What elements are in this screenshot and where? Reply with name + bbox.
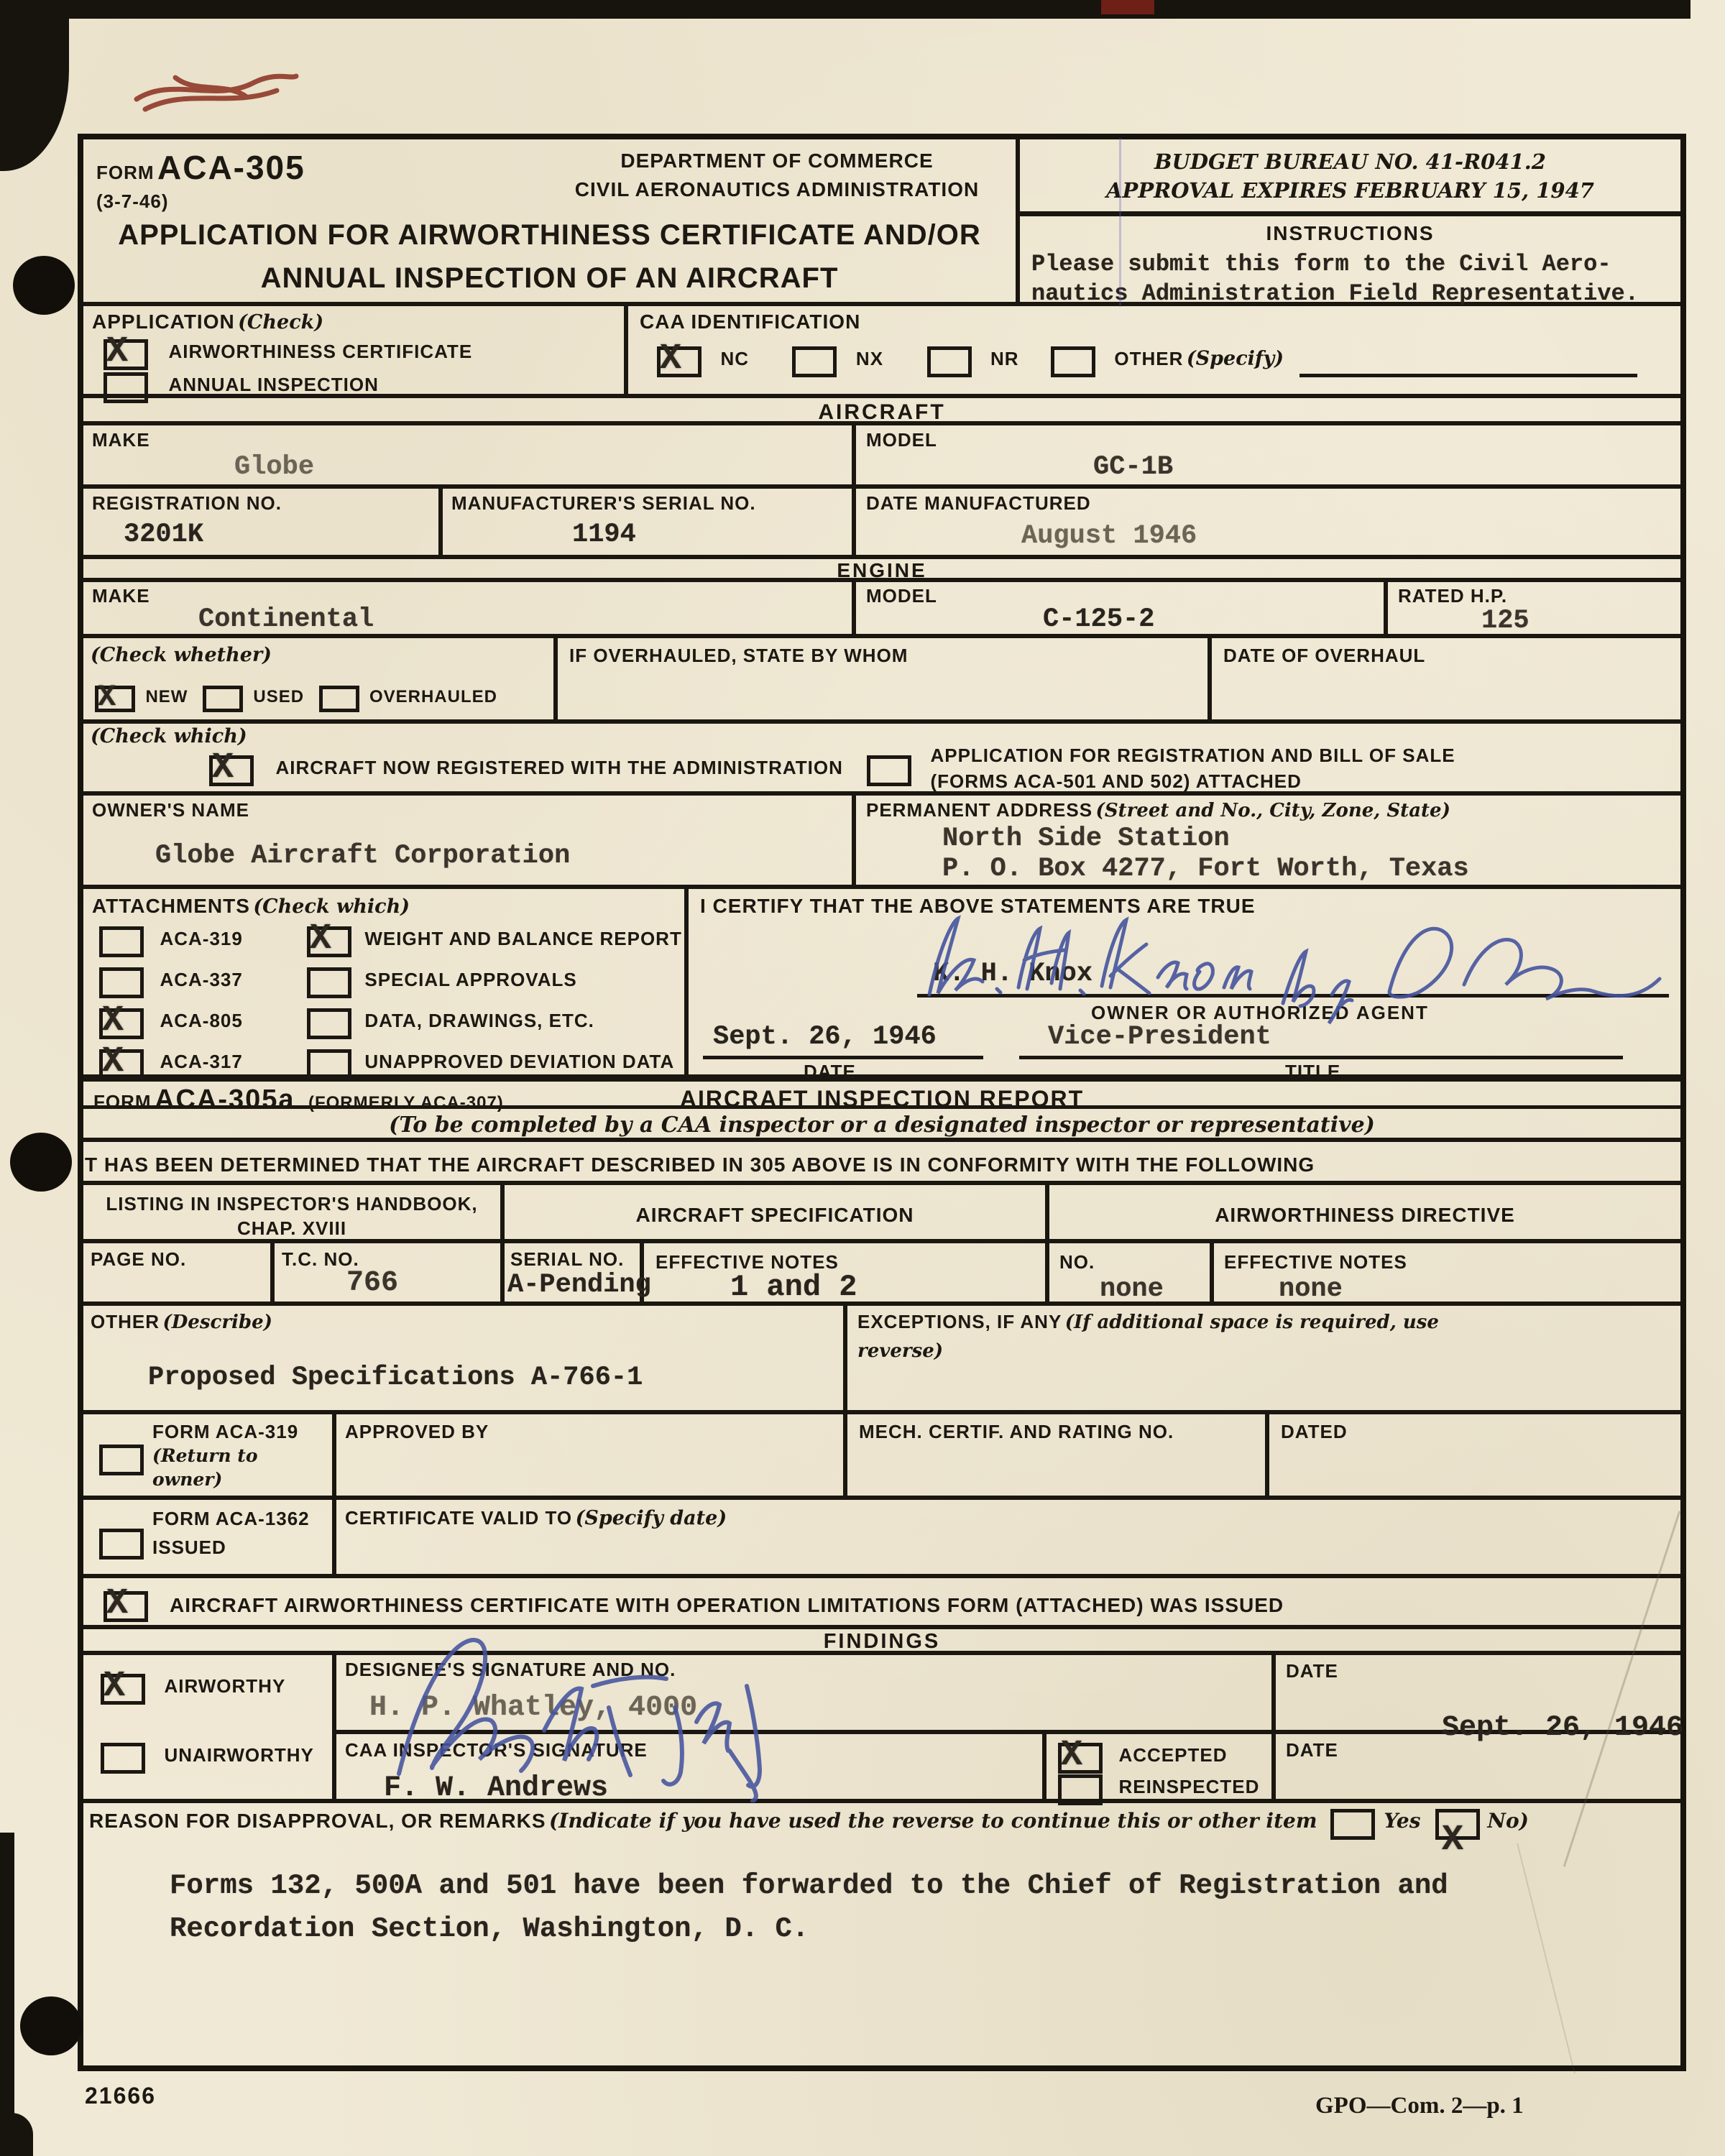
application-label-note: (Check) (238, 311, 323, 333)
approved-by-label: APPROVED BY (345, 1422, 489, 1443)
spec-notes-cell: EFFECTIVE NOTES 1 and 2 (640, 1243, 1045, 1302)
other-specify-line[interactable] (1299, 374, 1637, 377)
other-note: (Specify) (1187, 348, 1284, 370)
remarks-cell: REASON FOR DISAPPROVAL, OR REMARKS (Indi… (83, 1803, 1680, 2020)
reverse-yes-checkbox[interactable] (1330, 1809, 1375, 1840)
certificate-issued-row: X AIRCRAFT AIRWORTHINESS CERTIFICATE WIT… (83, 1578, 1680, 1629)
other-checkbox[interactable] (1051, 346, 1095, 377)
aircraft-make-model-row: MAKE Globe MODEL GC-1B (83, 425, 1680, 489)
conformity-header-row: LISTING IN INSPECTOR'S HANDBOOK, CHAP. X… (83, 1185, 1680, 1243)
reverse-yes-label: Yes (1384, 1809, 1420, 1833)
data-drawings-checkbox[interactable] (307, 1008, 351, 1039)
registration-status-row: (Check which) X AIRCRAFT NOW REGISTERED … (83, 724, 1680, 796)
engine-condition-cell: (Check whether) X NEW USED OVERHAULED (83, 638, 553, 719)
certify-date-line[interactable] (703, 1056, 983, 1059)
budget-line1: BUDGET BUREAU NO. 41-R041.2 (1024, 149, 1676, 174)
scan-line-artifact (1119, 138, 1121, 307)
aircraft-model-value: GC-1B (1093, 451, 1173, 483)
aca-1362-issued-cell: FORM ACA-1362 ISSUED (83, 1500, 332, 1574)
application-attached-line2: (FORMS ACA-501 AND 502) ATTACHED (930, 771, 1455, 793)
scanned-form-page: FORM ACA-305 (3-7-46) DEPARTMENT OF COMM… (0, 0, 1725, 2156)
remarks-body-line2: Recordation Section, Washington, D. C. (170, 1912, 809, 1946)
approved-by-cell: APPROVED BY (332, 1414, 843, 1496)
new-checkbox[interactable]: X (95, 686, 135, 712)
designee-date-label: DATE (1286, 1661, 1338, 1682)
remarks-row: REASON FOR DISAPPROVAL, OR REMARKS (Indi… (83, 1803, 1680, 2020)
form-revision: (3-7-46) (96, 191, 305, 213)
nc-checkbox[interactable]: X (657, 346, 701, 377)
overhauled-by-cell: IF OVERHAULED, STATE BY WHOM (553, 638, 1207, 719)
engine-make-model-row: MAKE Continental MODEL C-125-2 RATED H.P… (83, 582, 1680, 638)
findings-table: X AIRWORTHY UNAIRWORTHY DESIGNEE'S SIGNA… (83, 1655, 1680, 1803)
used-label: USED (253, 687, 304, 706)
attachments-cell: ATTACHMENTS (Check which) ACA-319 X WEIG… (83, 889, 684, 1074)
engine-make-value: Continental (198, 604, 374, 635)
form-number: ACA-305 (157, 149, 305, 186)
directive-header-cell: AIRWORTHINESS DIRECTIVE (1045, 1185, 1680, 1239)
directive-notes-value: none (1279, 1273, 1343, 1305)
owner-address-cell: PERMANENT ADDRESS (Street and No., City,… (852, 796, 1680, 885)
address-note: (Street and No., City, Zone, State) (1096, 800, 1450, 821)
caa-identification-section: CAA IDENTIFICATION X NC NX NR OTHER (Spe… (624, 306, 1680, 394)
determination-row: T HAS BEEN DETERMINED THAT THE AIRCRAFT … (83, 1142, 1680, 1185)
other-value: Proposed Specifications A-766-1 (148, 1362, 643, 1393)
engine-condition-row: (Check whether) X NEW USED OVERHAULED IF… (83, 638, 1680, 724)
inspector-date-label: DATE (1286, 1740, 1338, 1761)
date-manufactured-label: DATE MANUFACTURED (866, 493, 1091, 515)
inspection-form-id-line: FORM ACA-305a (FORMERLY ACA-307) AIRCRAF… (83, 1082, 1680, 1109)
mech-certif-cell: MECH. CERTIF. AND RATING NO. (843, 1414, 1265, 1496)
directive-no-label: NO. (1059, 1252, 1095, 1273)
inspection-form-header-row: FORM ACA-305a (FORMERLY ACA-307) AIRCRAF… (83, 1079, 1680, 1142)
engine-model-cell: MODEL C-125-2 (852, 582, 1384, 634)
certificate-valid-note: (Specify date) (576, 1507, 727, 1529)
print-code: 21666 (85, 2083, 156, 2109)
special-approvals-label: SPECIAL APPROVALS (364, 969, 576, 990)
address-line1: North Side Station (942, 823, 1230, 854)
aca-1362-row: FORM ACA-1362 ISSUED CERTIFICATE VALID T… (83, 1500, 1680, 1578)
accepted-label: ACCEPTED (1118, 1744, 1227, 1766)
nr-label: NR (990, 348, 1019, 369)
aca-319-checkbox[interactable] (99, 926, 144, 957)
form-aca-319-checkbox[interactable] (99, 1445, 144, 1475)
designee-date-value: Sept. 26, 1946 (1442, 1711, 1683, 1746)
attachments-label: ATTACHMENTS (92, 895, 250, 917)
aircraft-make-label: MAKE (92, 430, 150, 451)
other-describe-note: (Describe) (162, 1312, 272, 1333)
conformity-values-row: PAGE NO. T.C. NO. 766 SERIAL NO. A-Pendi… (83, 1243, 1680, 1306)
application-caa-row: APPLICATION (Check) X AIRWORTHINESS CERT… (83, 306, 1680, 398)
airworthiness-certificate-label: AIRWORTHINESS CERTIFICATE (168, 341, 472, 362)
handbook-header-cell: LISTING IN INSPECTOR'S HANDBOOK, CHAP. X… (83, 1185, 500, 1239)
spec-serial-label: SERIAL NO. (510, 1249, 624, 1271)
punch-hole (20, 1996, 82, 2055)
unapproved-deviation-checkbox[interactable] (307, 1049, 351, 1080)
engine-band-row: ENGINE (83, 559, 1680, 582)
red-edge-mark (1101, 0, 1154, 14)
airworthy-label: AIRWORTHY (164, 1675, 285, 1697)
check-whether-label: (Check whether) (91, 644, 272, 666)
form-title: APPLICATION FOR AIRWORTHINESS CERTIFICAT… (83, 217, 1016, 296)
exceptions-cell: EXCEPTIONS, IF ANY (If additional space … (843, 1306, 1680, 1410)
application-label: APPLICATION (92, 310, 235, 333)
data-drawings-label: DATA, DRAWINGS, ETC. (364, 1010, 594, 1031)
tc-no-value: 766 (346, 1266, 398, 1301)
owner-name-cell: OWNER'S NAME Globe Aircraft Corporation (83, 796, 852, 885)
directive-notes-cell: EFFECTIVE NOTES none (1210, 1243, 1680, 1302)
punch-hole (13, 256, 75, 315)
engine-model-label: MODEL (866, 586, 937, 607)
registered-label: AIRCRAFT NOW REGISTERED WITH THE ADMINIS… (275, 757, 842, 778)
form-aca-305: FORM ACA-305 (3-7-46) DEPARTMENT OF COMM… (78, 134, 1686, 2071)
aca-317-checkbox[interactable]: X (99, 1049, 144, 1080)
overhauled-checkbox[interactable] (319, 686, 359, 712)
nr-checkbox[interactable] (927, 346, 972, 377)
aca-805-checkbox[interactable]: X (99, 1008, 144, 1039)
department-heading: DEPARTMENT OF COMMERCE CIVIL AERONAUTICS… (529, 149, 1025, 201)
airworthiness-certificate-checkbox[interactable]: X (103, 339, 148, 370)
header-right: BUDGET BUREAU NO. 41-R041.2 APPROVAL EXP… (1016, 139, 1680, 302)
registration-cell: REGISTRATION NO. 3201K (83, 489, 438, 555)
aca-337-checkbox[interactable] (99, 967, 144, 998)
form-aca-1362-checkbox[interactable] (99, 1529, 144, 1560)
overhaul-date-label: DATE OF OVERHAUL (1223, 645, 1425, 667)
certificate-valid-label: CERTIFICATE VALID TO (345, 1507, 572, 1529)
registration-value: 3201K (124, 519, 203, 550)
accepted-checkbox[interactable]: X (1058, 1743, 1103, 1774)
knox-handwritten-signature (909, 907, 1671, 1036)
header-left: FORM ACA-305 (3-7-46) DEPARTMENT OF COMM… (83, 139, 1016, 302)
used-checkbox[interactable] (203, 686, 243, 712)
form-aca-1362-label: FORM ACA-1362 (152, 1508, 310, 1530)
gpo-imprint: GPO—Com. 2—p. 1 (1315, 2093, 1524, 2119)
aircraft-model-cell: MODEL GC-1B (852, 425, 1680, 484)
accepted-cell: X ACCEPTED REINSPECTED (1042, 1734, 1271, 1799)
owner-name-label: OWNER'S NAME (92, 800, 249, 821)
spec-header-cell: AIRCRAFT SPECIFICATION (500, 1185, 1045, 1239)
red-pencil-scribble (129, 66, 302, 121)
unairworthy-checkbox[interactable] (101, 1743, 145, 1774)
remarks-label: REASON FOR DISAPPROVAL, OR REMARKS (89, 1810, 546, 1832)
certify-title-line[interactable] (1019, 1056, 1623, 1059)
owner-name-value: Globe Aircraft Corporation (155, 840, 570, 872)
nx-checkbox[interactable] (792, 346, 837, 377)
airworthiness-certificate-option: X AIRWORTHINESS CERTIFICATE (103, 339, 472, 370)
spec-serial-cell: SERIAL NO. A-Pending (500, 1243, 640, 1302)
page-no-label: PAGE NO. (91, 1249, 186, 1271)
aircraft-band-row: AIRCRAFT (83, 398, 1680, 425)
budget-line2: APPROVAL EXPIRES FEBRUARY 15, 1947 (1024, 178, 1676, 203)
form-aca-319-label: FORM ACA-319 (152, 1422, 298, 1443)
remarks-note: (Indicate if you have used the reverse t… (549, 1809, 1317, 1833)
airworthy-checkbox[interactable]: X (101, 1674, 145, 1705)
directive-header: AIRWORTHINESS DIRECTIVE (1049, 1204, 1680, 1227)
serial-label: MANUFACTURER'S SERIAL NO. (451, 493, 756, 515)
other-label: OTHER (1114, 348, 1183, 369)
aca-805-label: ACA-805 (160, 1010, 303, 1032)
reinspected-label: REINSPECTED (1118, 1776, 1259, 1797)
aircraft-ids-row: REGISTRATION NO. 3201K MANUFACTURER'S SE… (83, 489, 1680, 559)
other-exceptions-row: OTHER (Describe) Proposed Specifications… (83, 1306, 1680, 1414)
dept-line2: CIVIL AERONAUTICS ADMINISTRATION (529, 178, 1025, 201)
attachments-note: (Check which) (253, 895, 410, 918)
new-label: NEW (145, 687, 188, 706)
engine-model-value: C-125-2 (1043, 604, 1154, 635)
exceptions-note1: (If additional space is required, use (1065, 1312, 1439, 1333)
aca-317-label: ACA-317 (160, 1051, 303, 1073)
page-no-cell: PAGE NO. (83, 1243, 270, 1302)
exceptions-note2: reverse) (857, 1340, 1670, 1362)
weight-balance-checkbox[interactable]: X (307, 926, 351, 957)
title-line2: ANNUAL INSPECTION OF AN AIRCRAFT (83, 260, 1016, 296)
nx-label: NX (856, 348, 883, 369)
caa-options: X NC NX NR OTHER (Specify) (657, 346, 1637, 377)
application-attached-checkbox[interactable] (867, 755, 911, 786)
punch-hole (10, 1133, 72, 1192)
directive-notes-label: EFFECTIVE NOTES (1224, 1252, 1407, 1273)
certificate-issued-checkbox[interactable]: X (103, 1591, 148, 1622)
special-approvals-checkbox[interactable] (307, 967, 351, 998)
exceptions-label: EXCEPTIONS, IF ANY (857, 1311, 1062, 1332)
handbook-header-line2: CHAP. XVIII (83, 1218, 500, 1240)
other-cell: OTHER (Describe) Proposed Specifications… (83, 1306, 843, 1410)
directive-no-value: none (1100, 1273, 1164, 1305)
overhauled-label: OVERHAULED (369, 687, 497, 706)
aca-319-return-cell: FORM ACA-319 (Return to owner) (83, 1414, 332, 1496)
scan-corner-shadow (0, 0, 69, 171)
aircraft-make-value: Globe (234, 451, 314, 483)
form-id: FORM ACA-305 (3-7-46) (96, 148, 305, 213)
engine-make-cell: MAKE Continental (83, 582, 852, 634)
aca-319-row: FORM ACA-319 (Return to owner) APPROVED … (83, 1414, 1680, 1500)
reverse-no-checkbox[interactable]: X (1435, 1809, 1480, 1840)
date-manufactured-cell: DATE MANUFACTURED August 1946 (852, 489, 1680, 555)
engine-hp-label: RATED H.P. (1398, 586, 1507, 607)
check-which-label: (Check which) (91, 725, 247, 747)
spec-header: AIRCRAFT SPECIFICATION (505, 1204, 1045, 1227)
aircraft-make-cell: MAKE Globe (83, 425, 852, 484)
other-describe-label: OTHER (91, 1311, 160, 1332)
aca-337-label: ACA-337 (160, 969, 303, 991)
aca-319-label: ACA-319 (160, 929, 303, 950)
date-manufactured-value: August 1946 (1021, 520, 1197, 552)
form-aca-319-note: (Return to owner) (152, 1445, 310, 1491)
overhaul-date-cell: DATE OF OVERHAUL (1207, 638, 1680, 719)
form-word: FORM (96, 162, 155, 183)
engine-hp-cell: RATED H.P. 125 (1384, 582, 1680, 634)
airworthy-cell: X AIRWORTHY UNAIRWORTHY (83, 1655, 332, 1799)
findings-band-row: FINDINGS (83, 1629, 1680, 1655)
serial-value: 1194 (572, 519, 636, 550)
reinspected-checkbox[interactable] (1058, 1774, 1103, 1805)
certify-date-value: Sept. 26, 1946 (713, 1021, 937, 1053)
reverse-no-label: No) (1487, 1809, 1529, 1833)
dated-cell: DATED (1265, 1414, 1680, 1496)
aircraft-model-label: MODEL (866, 430, 937, 451)
scan-edge-left (0, 1833, 14, 2156)
findings-section-title: FINDINGS (83, 1629, 1680, 1651)
attachments-grid: ACA-319 X WEIGHT AND BALANCE REPORT ACA-… (99, 926, 682, 1090)
certificate-valid-cell: CERTIFICATE VALID TO (Specify date) (332, 1500, 1680, 1574)
application-attached-line1: APPLICATION FOR REGISTRATION AND BILL OF… (930, 745, 1455, 767)
registered-option: X AIRCRAFT NOW REGISTERED WITH THE ADMIN… (209, 755, 843, 786)
certificate-issued-cell: X AIRCRAFT AIRWORTHINESS CERTIFICATE WIT… (83, 1578, 1680, 1625)
nc-label: NC (720, 348, 749, 369)
remarks-body-line1: Forms 132, 500A and 501 have been forwar… (170, 1869, 1448, 1903)
application-section: APPLICATION (Check) X AIRWORTHINESS CERT… (83, 306, 624, 394)
dated-label: DATED (1281, 1422, 1348, 1443)
registered-checkbox[interactable]: X (209, 755, 254, 786)
weight-balance-label: WEIGHT AND BALANCE REPORT (364, 928, 681, 949)
owner-row: OWNER'S NAME Globe Aircraft Corporation … (83, 796, 1680, 889)
address-label: PERMANENT ADDRESS (866, 799, 1092, 821)
mech-certif-label: MECH. CERTIF. AND RATING NO. (859, 1422, 1174, 1443)
registration-status-cell: (Check which) X AIRCRAFT NOW REGISTERED … (83, 724, 1680, 791)
serial-cell: MANUFACTURER'S SERIAL NO. 1194 (438, 489, 852, 555)
scan-edge-top (0, 0, 1690, 19)
caa-identification-label: CAA IDENTIFICATION (640, 310, 860, 333)
whatley-handwritten-signature (356, 1601, 859, 1802)
overhauled-by-label: IF OVERHAULED, STATE BY WHOM (569, 645, 908, 667)
unairworthy-label: UNAIRWORTHY (164, 1744, 313, 1766)
dept-line1: DEPARTMENT OF COMMERCE (529, 149, 1025, 172)
engine-make-label: MAKE (92, 586, 150, 607)
engine-section-title: ENGINE (83, 559, 1680, 578)
registration-label: REGISTRATION NO. (92, 493, 282, 515)
spec-serial-value: A-Pending (507, 1269, 651, 1301)
spec-notes-value: 1 and 2 (730, 1269, 857, 1305)
unapproved-deviation-label: UNAPPROVED DEVIATION DATA (364, 1051, 674, 1072)
handbook-header-line1: LISTING IN INSPECTOR'S HANDBOOK, (83, 1194, 500, 1215)
annual-inspection-label: ANNUAL INSPECTION (168, 374, 378, 395)
inspection-report-title: AIRCRAFT INSPECTION REPORT (83, 1086, 1680, 1112)
tc-no-cell: T.C. NO. 766 (270, 1243, 500, 1302)
engine-condition-options: X NEW USED OVERHAULED (95, 686, 497, 712)
determination-text: T HAS BEEN DETERMINED THAT THE AIRCRAFT … (83, 1142, 1315, 1181)
engine-hp-value: 125 (1481, 605, 1529, 637)
address-line2: P. O. Box 4277, Fort Worth, Texas (942, 853, 1469, 885)
directive-no-cell: NO. none (1045, 1243, 1210, 1302)
form-aca-1362-issued-label: ISSUED (152, 1537, 226, 1559)
scan-edge-corner (0, 2113, 33, 2156)
aircraft-section-title: AIRCRAFT (83, 398, 1680, 421)
form-header-row: FORM ACA-305 (3-7-46) DEPARTMENT OF COMM… (83, 139, 1680, 306)
application-attached-option: APPLICATION FOR REGISTRATION AND BILL OF… (867, 745, 1455, 793)
title-line1: APPLICATION FOR AIRWORTHINESS CERTIFICAT… (83, 217, 1016, 253)
